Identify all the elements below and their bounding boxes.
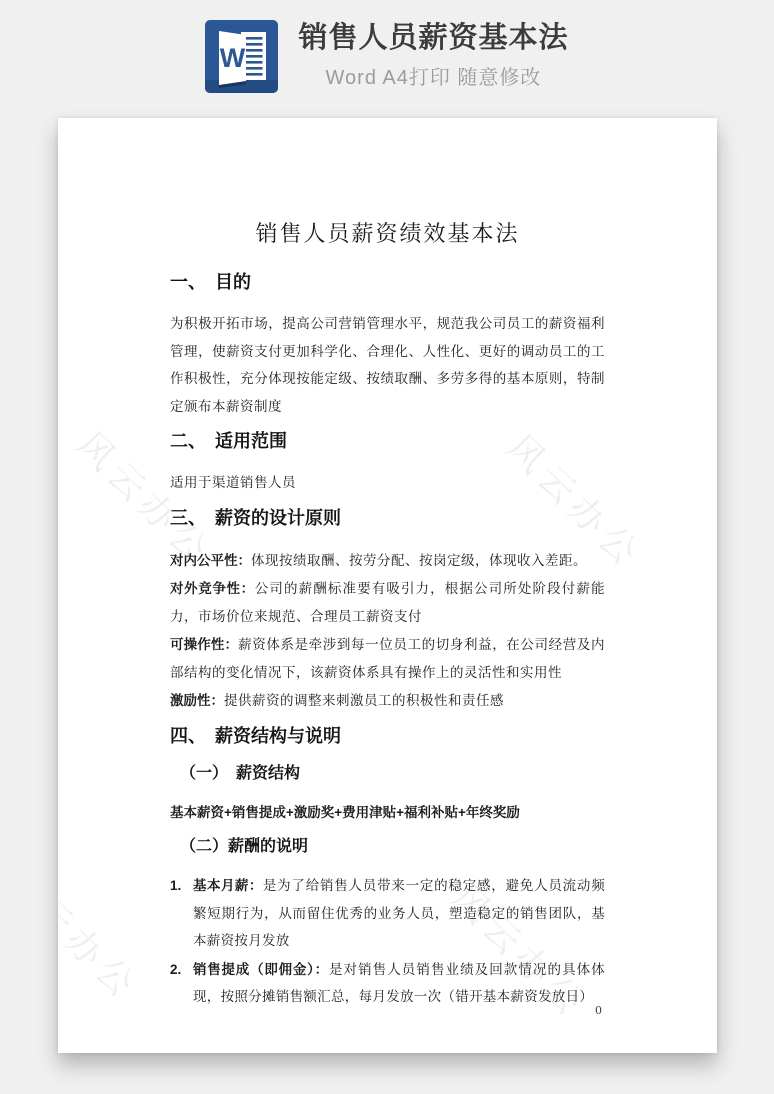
section-heading-1: 一、 目的 (170, 272, 605, 293)
paragraph-purpose: 为积极开拓市场，提高公司营销管理水平，规范我公司员工的薪资福利管理，使薪资支付更… (170, 311, 605, 421)
section-heading-4: 四、 薪资结构与说明 (170, 726, 605, 747)
template-banner: W 销售人员薪资基本法 Word A4打印 随意修改 (0, 0, 774, 112)
paragraph-incentive: 激励性：提供薪资的调整来刺激员工的积极性和责任感 (170, 687, 605, 716)
section-heading-3: 三、 薪资的设计原则 (170, 508, 605, 529)
banner-text: 销售人员薪资基本法 Word A4打印 随意修改 (298, 22, 568, 89)
list-item-body: 销售提成（即佣金）：是对销售人员销售业绩及回款情况的具体体现，按照分摊销售额汇总… (193, 956, 605, 1012)
paragraph-label: 激励性： (170, 693, 224, 708)
list-item: 2. 销售提成（即佣金）：是对销售人员销售业绩及回款情况的具体体现，按照分摊销售… (170, 956, 605, 1012)
paragraph-label: 对内公平性： (170, 553, 251, 568)
paragraph-operability: 可操作性：薪资体系是牵涉到每一位员工的切身利益，在公司经营及内部结构的变化情况下… (170, 631, 605, 687)
list-item-body: 基本月薪：是为了给销售人员带来一定的稳定感，避免人员流动频繁短期行为，从而留住优… (193, 872, 605, 956)
paragraph-external-competitiveness: 对外竞争性：公司的薪酬标准要有吸引力，根据公司所处阶段付薪能力，市场价位来规范、… (170, 575, 605, 631)
document-page: 风云办公 风云办公 风云办公 风云办公 销售人员薪资绩效基本法 一、 目的 为积… (58, 118, 717, 1053)
paragraph-text: 提供薪资的调整来刺激员工的积极性和责任感 (224, 693, 504, 709)
paragraph-salary-structure: 基本薪资+销售提成+激励奖+费用津贴+福利补贴+年终奖励 (170, 799, 605, 827)
word-icon-letter: W (220, 43, 246, 73)
list-item-label: 销售提成（即佣金）： (193, 962, 329, 977)
doc-title: 销售人员薪资绩效基本法 (170, 222, 605, 248)
paragraph-label: 对外竞争性： (170, 581, 255, 596)
paragraph-internal-fairness: 对内公平性：体现按绩取酬、按劳分配、按岗定级，体现收入差距。 (170, 547, 605, 576)
subsection-heading-2: （二）薪酬的说明 (170, 838, 605, 856)
list-item-number: 2. (170, 956, 193, 1012)
page-number: 0 (595, 1004, 602, 1017)
list-item-number: 1. (170, 872, 193, 956)
list-item: 1. 基本月薪：是为了给销售人员带来一定的稳定感，避免人员流动频繁短期行为，从而… (170, 872, 605, 956)
word-icon: W (205, 20, 278, 93)
paragraph-label: 可操作性： (170, 637, 238, 652)
banner-title: 销售人员薪资基本法 (298, 22, 568, 55)
watermark: 风云办公 (58, 854, 152, 1012)
paragraph-scope: 适用于渠道销售人员 (170, 470, 605, 498)
paragraph-text: 体现按绩取酬、按劳分配、按岗定级，体现收入差距。 (251, 553, 587, 569)
list-item-label: 基本月薪： (193, 878, 263, 893)
banner-subtitle: Word A4打印 随意修改 (326, 61, 542, 90)
subsection-heading-1: （一） 薪资结构 (170, 765, 605, 783)
section-heading-2: 二、 适用范围 (170, 431, 605, 452)
document-content: 风云办公 风云办公 风云办公 风云办公 销售人员薪资绩效基本法 一、 目的 为积… (58, 118, 717, 1053)
